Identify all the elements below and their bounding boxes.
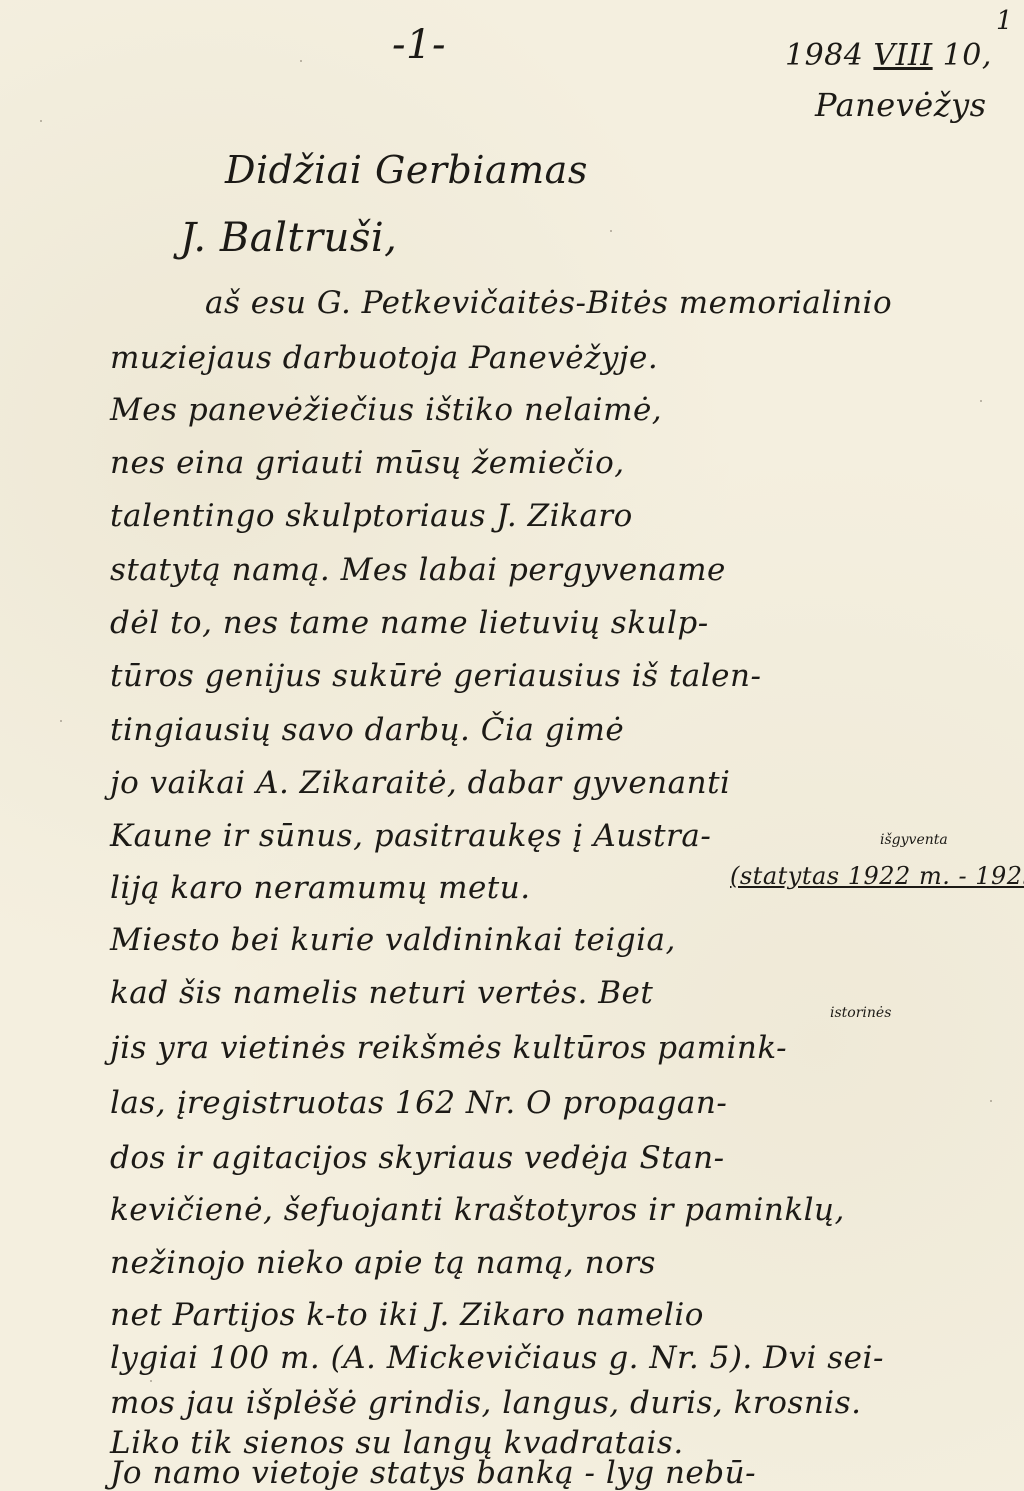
margin-insertion: istorinės [830, 1005, 891, 1021]
letter-page: -1- 1 1984 VIII 10, Panevėžys Didžiai Ge… [0, 0, 1024, 1491]
body-line: las, įregistruotas 162 Nr. O propagan- [110, 1085, 727, 1121]
paper-speck [150, 1380, 152, 1382]
body-line: tingiausių savo darbų. Čia gimė [110, 712, 624, 748]
body-line: dėl to, nes tame name lietuvių skulp- [110, 605, 709, 641]
body-line: net Partijos k-to iki J. Zikaro namelio [110, 1297, 704, 1333]
paper-speck [300, 60, 302, 62]
margin-insertion: išgyventa [880, 832, 948, 848]
paper-speck [980, 400, 982, 402]
date-year: 1984 [785, 38, 863, 73]
page-number: -1- [392, 22, 446, 68]
body-line: jo vaikai A. Zikaraitė, dabar gyvenanti [110, 765, 730, 801]
body-line: jis yra vietinės reikšmės kultūros pamin… [110, 1030, 787, 1066]
paper-speck [990, 1100, 992, 1102]
body-line: dos ir agitacijos skyriaus vedėja Stan- [110, 1140, 725, 1176]
paper-speck [610, 230, 612, 232]
letter-date: 1984 VIII 10, [785, 38, 992, 73]
salutation: Didžiai Gerbiamas [225, 148, 588, 192]
addressee: J. Baltruši, [180, 215, 397, 261]
body-line: talentingo skulptoriaus J. Zikaro [110, 498, 633, 534]
body-line: kevičienė, šefuojanti kraštotyros ir pam… [110, 1192, 845, 1228]
body-line: aš esu G. Petkevičaitės-Bitės memorialin… [205, 285, 892, 321]
body-line: liją karo neramumų metu. [110, 870, 531, 906]
body-line: tūros genijus sukūrė geriausius iš talen… [110, 658, 761, 694]
paper-speck [60, 720, 62, 722]
body-line: Jo namo vietoje statys banką - lyg nebū- [110, 1455, 756, 1491]
body-line: mos jau išplėšė grindis, langus, duris, … [110, 1385, 861, 1421]
corner-mark: 1 [996, 6, 1013, 36]
date-day: 10, [943, 38, 992, 73]
body-line: nes eina griauti mūsų žemiečio, [110, 445, 625, 481]
body-line: muziejaus darbuotoja Panevėžyje. [110, 340, 658, 376]
body-line: lygiai 100 m. (A. Mickevičiaus g. Nr. 5)… [110, 1340, 884, 1376]
body-line: nežinojo nieko apie tą namą, nors [110, 1245, 656, 1281]
date-month: VIII [873, 38, 932, 73]
letter-place: Panevėžys [815, 86, 987, 124]
body-line: Mes panevėžiečius ištiko nelaimė, [110, 392, 662, 428]
body-line: statytą namą. Mes labai pergyvename [110, 552, 726, 588]
body-line: Miesto bei kurie valdininkai teigia, [110, 922, 676, 958]
body-line: kad šis namelis neturi vertės. Bet [110, 975, 653, 1011]
parenthetical-note: (statytas 1922 m. - 1929) [730, 862, 1024, 890]
body-line: Kaune ir sūnus, pasitraukęs į Austra- [110, 818, 711, 854]
paper-speck [40, 120, 42, 122]
